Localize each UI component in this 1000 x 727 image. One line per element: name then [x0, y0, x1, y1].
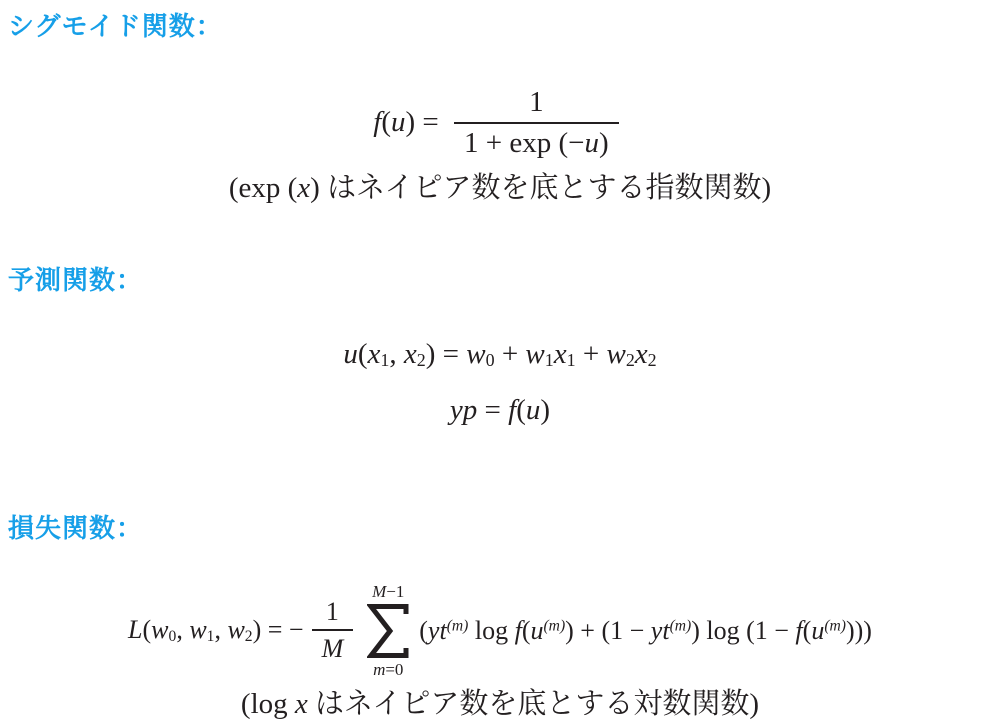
fraction-numerator: 1 [316, 598, 349, 629]
math-token: u [811, 616, 824, 645]
math-token: yt [428, 616, 447, 645]
math-token: yp [450, 394, 477, 426]
math-token: ))) [846, 616, 872, 645]
math-token: w [606, 338, 625, 370]
note-token: x [297, 172, 310, 204]
fraction-numerator: 1 [519, 87, 554, 121]
math-token: 1 [529, 86, 544, 118]
math-token: u [391, 106, 406, 138]
math-token: w [466, 338, 485, 370]
prediction-formula-yp: yp = f(u) [0, 392, 1000, 428]
math-token: ( [419, 616, 428, 645]
math-token: ) = − [253, 615, 304, 644]
math-token: ( [381, 106, 391, 138]
math-token: u [530, 616, 543, 645]
math-token: ) [540, 394, 550, 426]
math-token: f [795, 616, 802, 645]
math-token: M [372, 582, 386, 601]
superscript: (m) [447, 617, 469, 634]
math-token: ( [358, 338, 368, 370]
math-token: w [227, 615, 244, 644]
math-token: x [404, 338, 417, 370]
subscript: 1 [567, 351, 576, 371]
sum-upper-limit: M−1 [372, 583, 404, 600]
math-token: ) = [406, 106, 447, 138]
math-token: m [373, 660, 385, 679]
section-heading-sigmoid: シグモイド関数： [8, 12, 1000, 41]
math-token: yt [651, 616, 670, 645]
math-token: =0 [385, 660, 403, 679]
section-sigmoid: シグモイド関数： f(u) = 1 1 + exp (−u) (exp (x) … [0, 12, 1000, 206]
math-token: ) + (1 − [565, 616, 651, 645]
subscript: 1 [380, 351, 389, 371]
note-token: ) はネイピア数を底とする指数関数) [310, 172, 771, 204]
superscript: (m) [543, 617, 565, 634]
superscript: (m) [670, 617, 692, 634]
math-token: u [526, 394, 541, 426]
subscript: 2 [417, 351, 426, 371]
summation: M−1 m=0 [367, 583, 409, 678]
math-token: x [554, 338, 567, 370]
math-token: , [389, 338, 404, 370]
math-token: = [477, 394, 508, 426]
subscript: 2 [626, 351, 635, 371]
sigmoid-formula-lhs: f(u) = [373, 105, 446, 140]
fraction-denominator: 1 + exp (−u) [454, 122, 619, 158]
math-token: ( [516, 394, 526, 426]
loss-formula-body: (yt(m) log f(u(m)) + (1 − yt(m)) log (1 … [419, 615, 872, 646]
loss-note: (log x はネイピア数を底とする対数関数) [0, 686, 1000, 722]
loss-formula-lhs: L(w0, w1, w2) = − [128, 614, 304, 647]
math-token: + [576, 338, 607, 370]
math-token: f [515, 616, 522, 645]
superscript: (m) [824, 617, 846, 634]
fraction: 1 1 + exp (−u) [454, 87, 619, 158]
math-token: , [176, 615, 189, 644]
section-loss: 損失関数： L(w0, w1, w2) = − 1 M M−1 m=0 (yt(… [0, 514, 1000, 722]
math-token: f [508, 394, 516, 426]
loss-formula: L(w0, w1, w2) = − 1 M M−1 m=0 (yt(m) log… [0, 583, 1000, 678]
math-token: w [525, 338, 544, 370]
fraction-denominator: M [312, 629, 354, 662]
section-heading-loss: 損失関数： [8, 514, 1000, 543]
math-token: ) [599, 127, 609, 159]
math-token: log [468, 616, 514, 645]
math-token: −1 [386, 582, 404, 601]
math-token: + [495, 338, 526, 370]
sum-lower-limit: m=0 [373, 661, 403, 678]
note-token: (exp ( [229, 172, 297, 204]
subscript: 2 [245, 628, 253, 645]
math-token: u [585, 127, 600, 159]
note-token: (log [241, 688, 295, 720]
sigmoid-note: (exp (x) はネイピア数を底とする指数関数) [0, 170, 1000, 206]
math-token: , [214, 615, 227, 644]
section-heading-prediction: 予測関数： [8, 266, 1000, 295]
math-token: u [343, 338, 358, 370]
math-token: ) = [426, 338, 467, 370]
math-token: x [635, 338, 648, 370]
prediction-formula-u: u(x1, x2) = w0 + w1x1 + w2x2 [0, 336, 1000, 372]
math-token: w [151, 615, 168, 644]
math-token: 1 + exp (− [464, 127, 585, 159]
note-token: x [295, 688, 308, 720]
document: シグモイド関数： f(u) = 1 1 + exp (−u) (exp (x) … [0, 0, 1000, 722]
math-token: 1 [326, 597, 339, 626]
fraction: 1 M [312, 598, 354, 663]
subscript: 1 [545, 351, 554, 371]
note-token: はネイピア数を底とする対数関数) [308, 688, 759, 720]
math-token: L [128, 615, 142, 644]
math-token: M [322, 634, 344, 663]
math-token: w [189, 615, 206, 644]
math-token: ) log (1 − [691, 616, 795, 645]
section-prediction: 予測関数： u(x1, x2) = w0 + w1x1 + w2x2 yp = … [0, 266, 1000, 428]
sigmoid-formula: f(u) = 1 1 + exp (−u) [0, 87, 1000, 158]
math-token: x [368, 338, 381, 370]
sigma-icon [367, 600, 409, 661]
math-token: ( [143, 615, 152, 644]
subscript: 2 [648, 351, 657, 371]
subscript: 0 [486, 351, 495, 371]
